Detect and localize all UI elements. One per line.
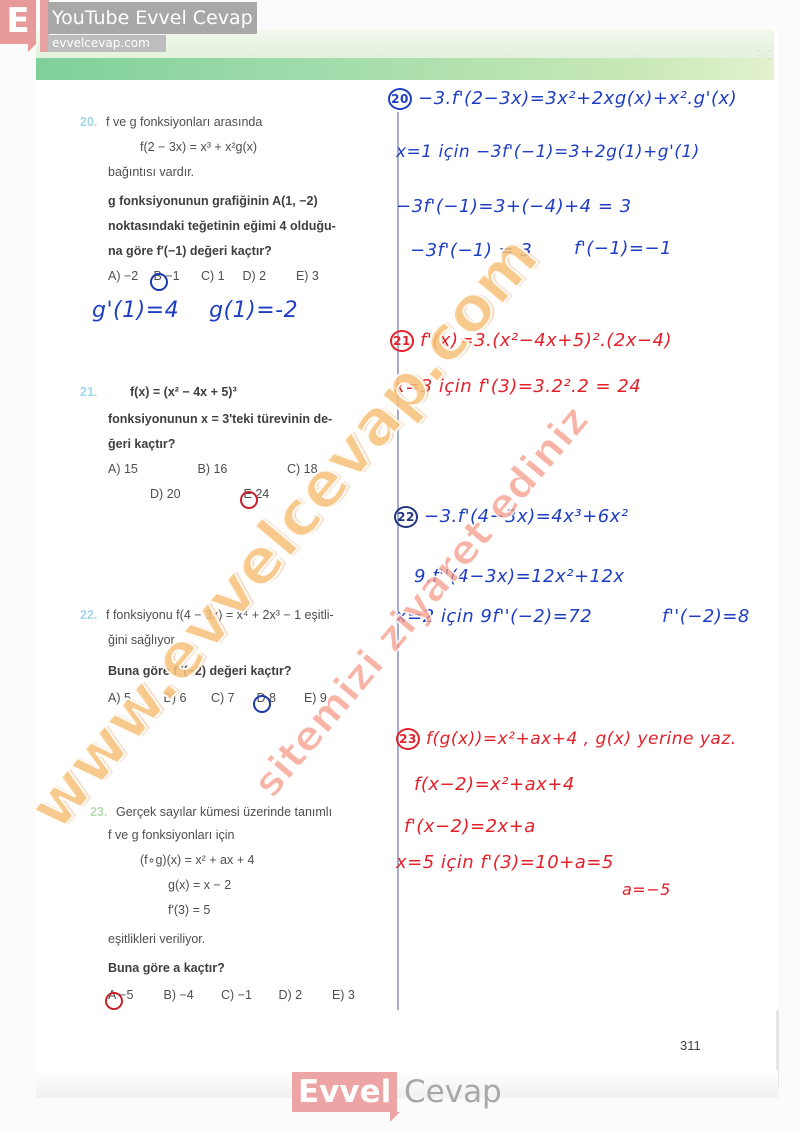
option-c[interactable]: C) 1 bbox=[201, 264, 239, 289]
question-prompt: Buna göre f″(−2) değeri kaçtır? bbox=[80, 659, 334, 684]
solution-22-result: f''(−2)=8 bbox=[662, 606, 750, 627]
option-b[interactable]: B) −4 bbox=[163, 983, 217, 1008]
solution-23-result: a=−5 bbox=[622, 880, 671, 899]
answer-options: D) 20 E 24 bbox=[80, 482, 332, 507]
solution-20-line-2: x=1 için −3f'(−1)=3+2g(1)+g'(1) bbox=[396, 142, 700, 162]
option-e[interactable]: E) 3 bbox=[332, 983, 355, 1008]
option-d[interactable]: D) 2 bbox=[278, 983, 328, 1008]
question-text: ğini sağlıyor. bbox=[80, 628, 334, 653]
solution-number-badge: 20 bbox=[388, 88, 412, 110]
question-20: 20.f ve g fonksiyonları arasında f(2 − 3… bbox=[80, 110, 336, 289]
equation: f′(3) = 5 bbox=[80, 898, 355, 923]
option-b[interactable]: B) 16 bbox=[197, 457, 283, 482]
question-text: Gerçek sayılar kümesi üzerinde tanımlı bbox=[116, 805, 332, 819]
option-d[interactable]: D 8 bbox=[256, 686, 300, 711]
header-green-strip bbox=[36, 58, 774, 80]
solution-23-line-2: f(x−2)=x²+ax+4 bbox=[414, 774, 575, 795]
solution-21-line-1: 21f'(x)=3.(x²−4x+5)².(2x−4) bbox=[390, 330, 672, 352]
handwritten-note-q20-left: g'(1)=4 g(1)=-2 bbox=[92, 298, 298, 323]
option-d[interactable]: D) 20 bbox=[150, 482, 240, 507]
option-e[interactable]: E) 9 bbox=[304, 686, 327, 711]
question-number: 22. bbox=[80, 603, 106, 628]
channel-title: YouTube Evvel Cevap bbox=[48, 2, 257, 34]
question-prompt: fonksiyonunun x = 3'teki türevinin de- bbox=[80, 407, 332, 432]
question-23: 23.Gerçek sayılar kümesi üzerinde tanıml… bbox=[80, 800, 355, 1008]
question-text: f ve g fonksiyonları için bbox=[80, 823, 355, 848]
option-a[interactable]: A) 15 bbox=[108, 457, 194, 482]
solution-20-line-4: −3f'(−1) = 3 bbox=[410, 240, 532, 261]
solution-20-line-3: −3f'(−1)=3+(−4)+4 = 3 bbox=[396, 196, 632, 217]
question-prompt: g fonksiyonunun grafiğinin A(1, −2) bbox=[80, 189, 336, 214]
option-a[interactable]: A) 5 bbox=[108, 686, 160, 711]
question-prompt: ğeri kaçtır? bbox=[80, 432, 332, 457]
option-c[interactable]: C) 18 bbox=[287, 457, 318, 482]
question-text: bağıntısı vardır. bbox=[80, 160, 336, 185]
option-c[interactable]: C) 7 bbox=[211, 686, 253, 711]
answer-options: A) −2 B −1 C) 1 D) 2 E) 3 bbox=[80, 264, 336, 289]
answer-options: A) 15 B) 16 C) 18 bbox=[80, 457, 332, 482]
option-a[interactable]: A) −2 bbox=[108, 264, 150, 289]
option-b[interactable]: B) 6 bbox=[163, 686, 207, 711]
solution-number-badge: 23 bbox=[396, 728, 420, 750]
option-e[interactable]: E) 3 bbox=[296, 264, 319, 289]
solution-22-line-3: x=2 için 9f''(−2)=72 bbox=[396, 606, 592, 627]
solution-23-line-1: 23f(g(x))=x²+ax+4 , g(x) yerine yaz. bbox=[396, 728, 737, 750]
option-a[interactable]: A −5 bbox=[108, 983, 160, 1008]
page-number: 311 bbox=[680, 1038, 701, 1053]
solution-20-line-1: 20−3.f'(2−3x)=3x²+2xg(x)+x².g'(x) bbox=[388, 88, 737, 110]
option-d[interactable]: D) 2 bbox=[242, 264, 292, 289]
solution-22-line-1: 22−3.f'(4−3x)=4x³+6x² bbox=[394, 506, 629, 528]
question-prompt: na göre f′(−1) değeri kaçtır? bbox=[80, 239, 336, 264]
solution-number-badge: 22 bbox=[394, 506, 418, 528]
equation: (f∘g)(x) = x² + ax + 4 bbox=[80, 848, 355, 873]
answer-options: A −5 B) −4 C) −1 D) 2 E) 3 bbox=[80, 983, 355, 1008]
question-21: 21.f(x) = (x² − 4x + 5)³ fonksiyonunun x… bbox=[80, 380, 332, 507]
question-22: 22.f fonksiyonu f(4 − 3x) = x⁴ + 2x³ − 1… bbox=[80, 603, 334, 711]
footer-brand-logo: Evvel bbox=[292, 1072, 397, 1112]
solution-number-badge: 21 bbox=[390, 330, 414, 352]
selected-answer-circle: B bbox=[153, 269, 161, 283]
solution-21-line-2: x=3 için f'(3)=3.2².2 = 24 bbox=[394, 376, 641, 397]
selected-answer-circle: D bbox=[256, 691, 265, 705]
selected-answer-circle: E bbox=[243, 487, 251, 501]
equation: g(x) = x − 2 bbox=[80, 873, 355, 898]
option-c[interactable]: C) −1 bbox=[221, 983, 275, 1008]
footer-brand-text: Cevap bbox=[404, 1072, 502, 1112]
question-prompt: noktasındaki teğetinin eğimi 4 olduğu- bbox=[80, 214, 336, 239]
equation: f(x) = (x² − 4x + 5)³ bbox=[106, 385, 237, 399]
site-url[interactable]: evvelcevap.com bbox=[48, 35, 166, 52]
question-number: 21. bbox=[80, 380, 106, 405]
selected-answer-circle: A bbox=[108, 988, 116, 1002]
evvel-logo-icon: E bbox=[0, 0, 36, 44]
column-divider bbox=[397, 112, 399, 1010]
solution-20-result: f'(−1)=−1 bbox=[574, 238, 672, 259]
corner-dots-decoration: · ·· · bbox=[756, 46, 773, 62]
question-prompt: Buna göre a kaçtır? bbox=[80, 956, 355, 981]
question-number: 20. bbox=[80, 110, 106, 135]
solution-23-line-4: x=5 için f'(3)=10+a=5 bbox=[396, 852, 614, 873]
solution-23-line-3: f'(x−2)=2x+a bbox=[404, 816, 536, 837]
question-text: eşitlikleri veriliyor. bbox=[80, 927, 355, 952]
question-text: f fonksiyonu f(4 − 3x) = x⁴ + 2x³ − 1 eş… bbox=[106, 608, 334, 622]
answer-options: A) 5 B) 6 C) 7 D 8 E) 9 bbox=[80, 686, 334, 711]
option-b[interactable]: B −1 bbox=[153, 264, 197, 289]
question-text: f ve g fonksiyonları arasında bbox=[106, 115, 262, 129]
option-e[interactable]: E 24 bbox=[243, 482, 269, 507]
solution-22-line-2: 9.f''(4−3x)=12x²+12x bbox=[414, 566, 625, 587]
question-number: 23. bbox=[90, 800, 116, 825]
equation: f(2 − 3x) = x³ + x²g(x) bbox=[80, 135, 336, 160]
